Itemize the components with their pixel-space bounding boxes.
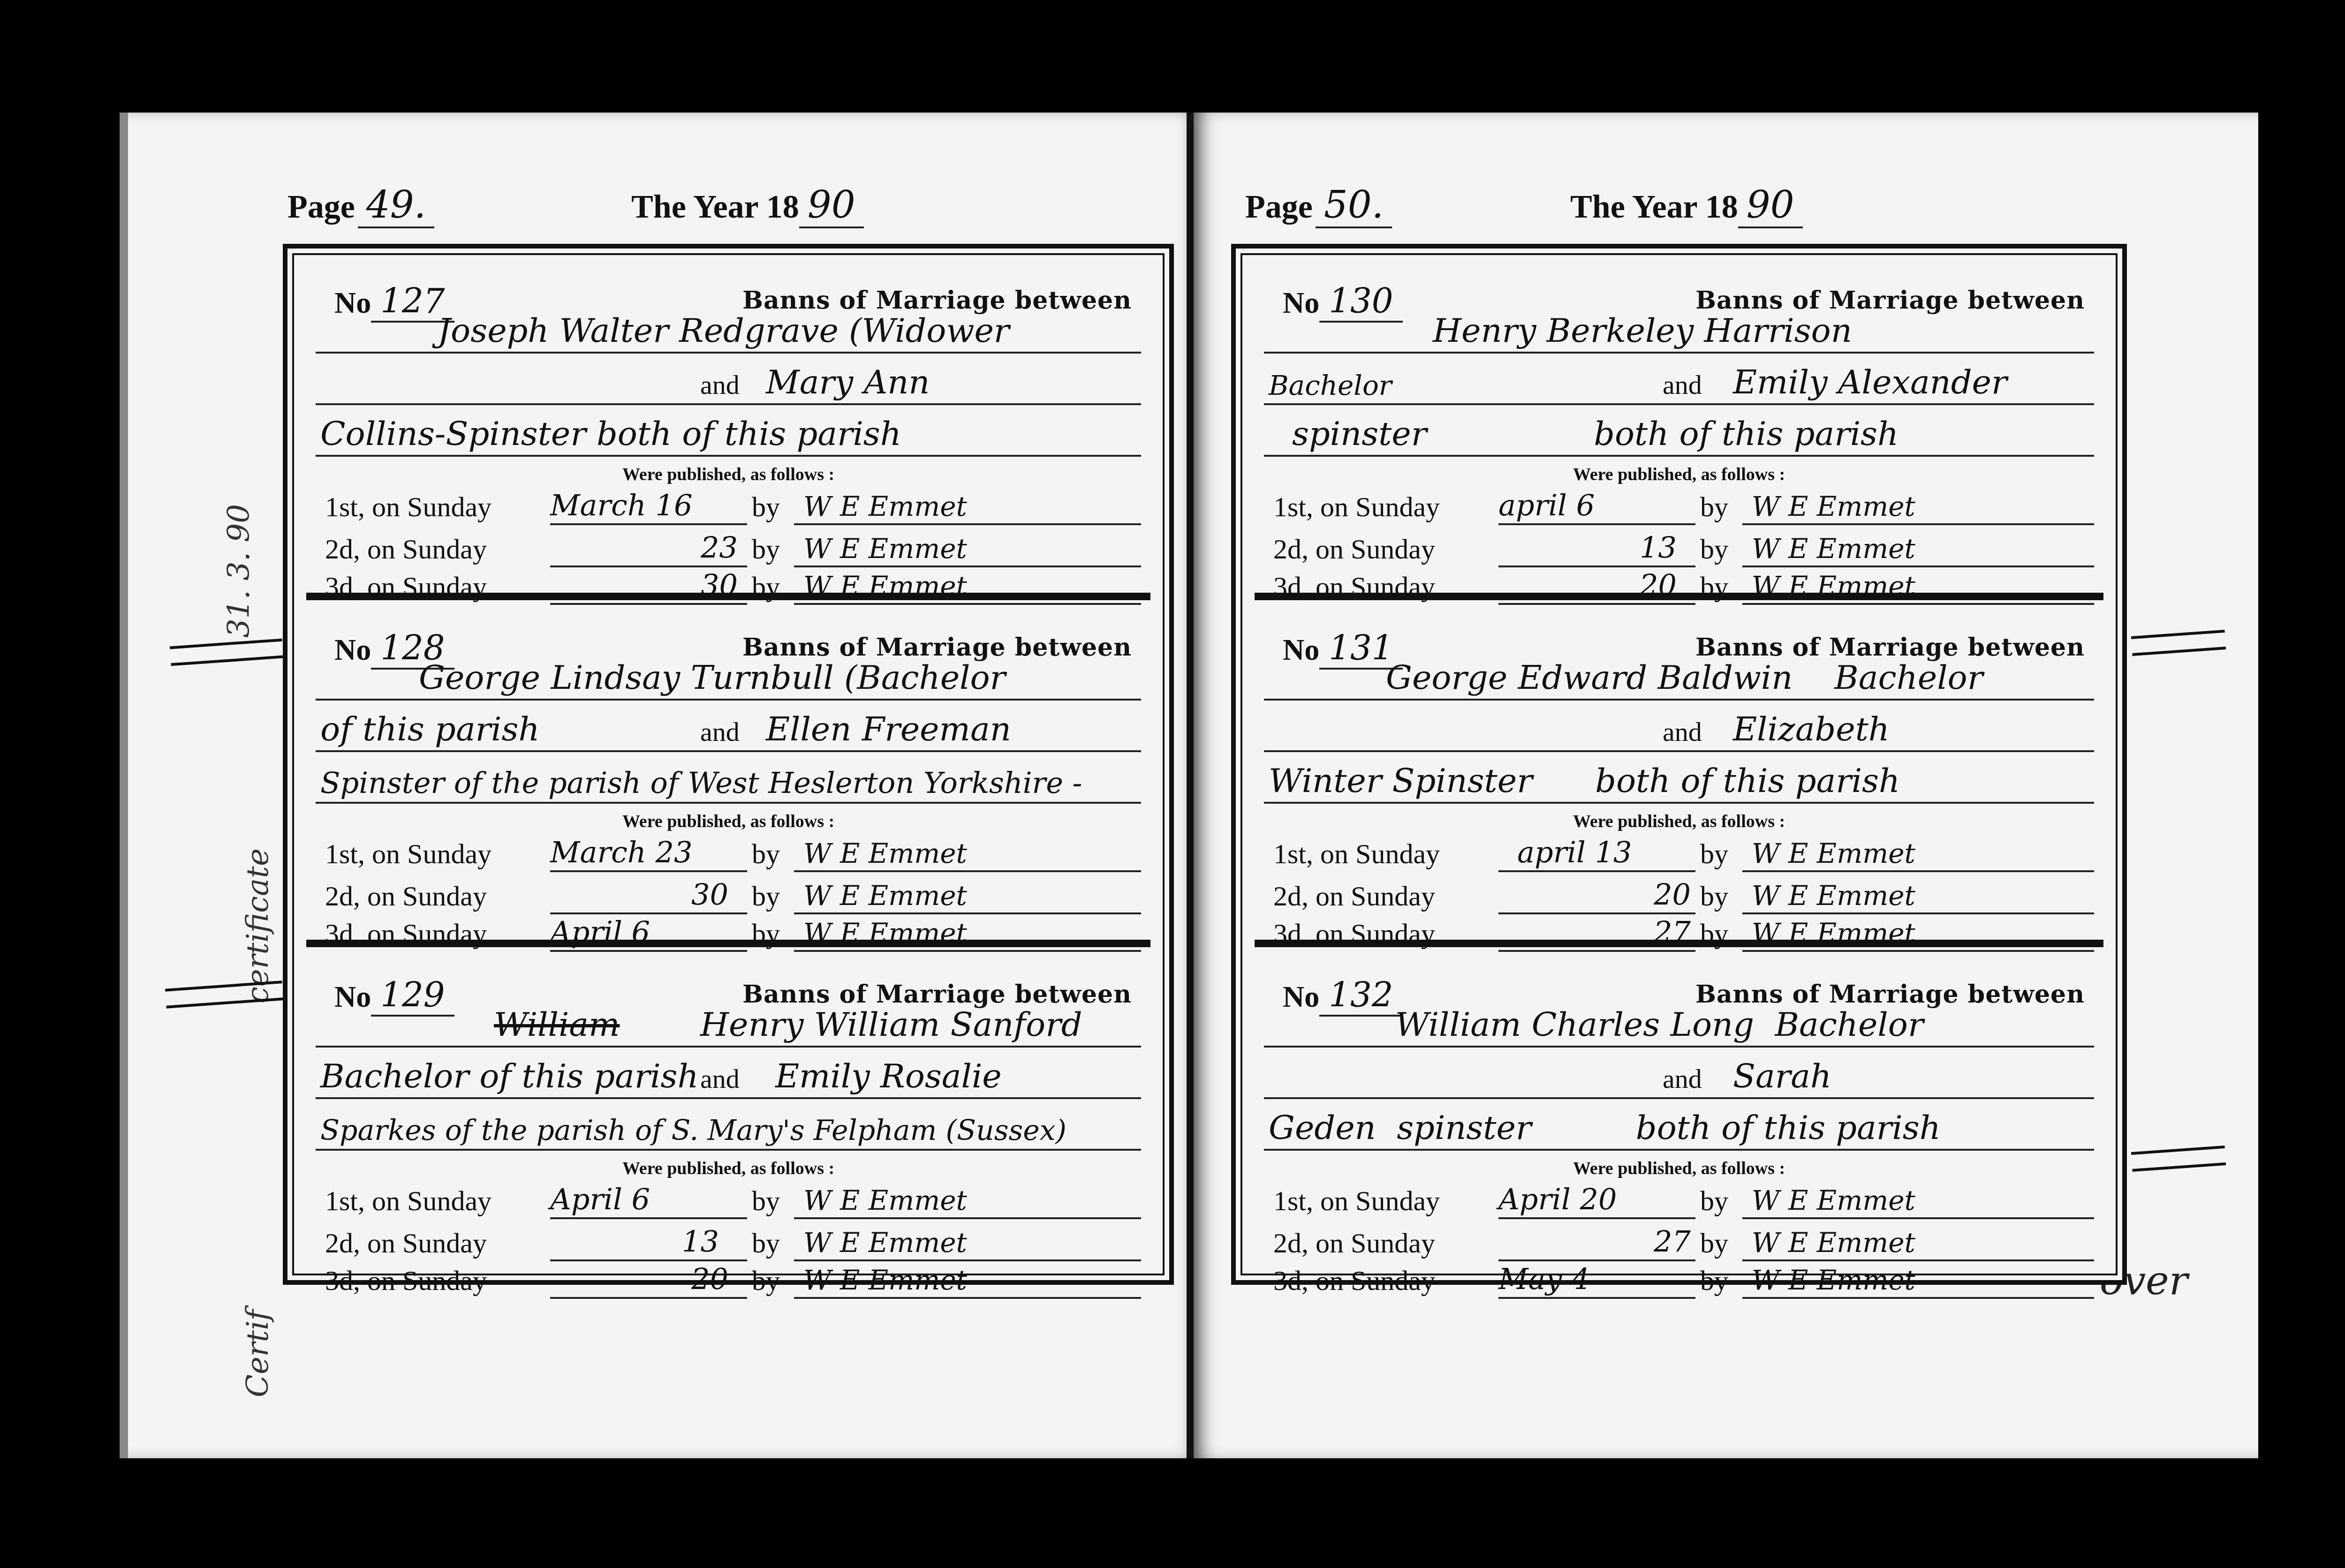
page-header: Page 50. The Year 18 90 [1245, 183, 1803, 228]
publication-row-1: 1st, on SundayApril 20byW E Emmet [1273, 1177, 2094, 1219]
page-header: Page 49. The Year 18 90 [287, 183, 864, 228]
publication-row-1: 1st, on SundayApril 6byW E Emmet [325, 1177, 1141, 1219]
entries-frame-left: No127 Banns of Marriage between Joseph W… [283, 244, 1174, 1285]
publication-row-1: 1st, on Sundayapril 13byW E Emmet [1273, 830, 2094, 872]
banns-entry: No131 Banns of Marriage between George E… [1255, 605, 2103, 942]
entry-separator [306, 593, 1150, 600]
margin-rule [170, 639, 283, 666]
party-line-1: William Charles Long Bachelor [1264, 994, 2094, 1048]
page-label: Page [1245, 188, 1313, 226]
publication-row-2: 2d, on Sunday20byW E Emmet [1273, 872, 2094, 914]
publication-row-2: 2d, on Sunday13byW E Emmet [1273, 525, 2094, 567]
publication-row-2: 2d, on Sunday27byW E Emmet [1273, 1219, 2094, 1261]
margin-rule [2131, 1146, 2226, 1172]
published-label: Were published, as follows : [306, 811, 1150, 832]
party-line-3: Collins-Spinster both of this parish [316, 403, 1141, 457]
party-line-1: WilliamHenry William Sanford [316, 994, 1141, 1048]
margin-note-certificate: certificate [241, 848, 275, 1003]
page-number: 49. [358, 183, 434, 228]
party-line-2: andElizabeth [1264, 699, 2094, 752]
year-value: 90 [799, 183, 864, 228]
party-line-3: Winter Spinster both of this parish [1264, 750, 2094, 804]
page-49: Page 49. The Year 18 90 31. 3. 90 certif… [120, 113, 1202, 1458]
publication-row-2: 2d, on Sunday13byW E Emmet [325, 1219, 1141, 1261]
party-line-3: Spinster of the parish of West Heslerton… [316, 750, 1141, 804]
banns-entry: No129 Banns of Marriage between WilliamH… [306, 952, 1150, 1289]
entry-separator [1255, 593, 2103, 600]
published-label: Were published, as follows : [306, 1158, 1150, 1179]
year-label: The Year 18 [1570, 188, 1738, 226]
party-line-3: Sparkes of the parish of S. Mary's Felph… [316, 1097, 1141, 1151]
entries-frame-right: No130 Banns of Marriage between Henry Be… [1231, 244, 2127, 1285]
entry-separator [306, 940, 1150, 947]
publication-row-1: 1st, on SundayMarch 16byW E Emmet [325, 483, 1141, 525]
party-line-1: George Lindsay Turnbull (Bachelor [316, 647, 1141, 701]
publication-row-3: 3d, on Sunday20byW E Emmet [325, 1257, 1141, 1299]
margin-rule [165, 980, 283, 1008]
banns-entry: No130 Banns of Marriage between Henry Be… [1255, 258, 2103, 596]
party-line-2: of this parishandEllen Freeman [316, 699, 1141, 752]
party-line-2: Bachelor of this parishandEmily Rosalie [316, 1046, 1141, 1099]
party-line-2: BachelorandEmily Alexander [1264, 352, 2094, 405]
struck-name: William [494, 1005, 620, 1044]
publication-row-2: 2d, on Sunday23byW E Emmet [325, 525, 1141, 567]
margin-note-certif: Certif [241, 1310, 275, 1397]
party-line-2: andSarah [1264, 1046, 2094, 1099]
banns-entry: No128 Banns of Marriage between George L… [306, 605, 1150, 942]
page-label: Page [287, 188, 355, 226]
published-label: Were published, as follows : [306, 464, 1150, 485]
publication-row-1: 1st, on SundayMarch 23byW E Emmet [325, 830, 1141, 872]
page-50: Page 50. The Year 18 90 over No130 Banns… [1194, 113, 2258, 1458]
publication-row-2: 2d, on Sunday30byW E Emmet [325, 872, 1141, 914]
published-label: Were published, as follows : [1255, 464, 2103, 485]
party-line-3: spinster both of this parish [1264, 403, 2094, 457]
year-value: 90 [1738, 183, 1803, 228]
party-line-1: George Edward Baldwin Bachelor [1264, 647, 2094, 701]
margin-rule [2131, 630, 2226, 656]
banns-entry: No132 Banns of Marriage between William … [1255, 952, 2103, 1289]
page-number: 50. [1316, 183, 1392, 228]
banns-entry: No127 Banns of Marriage between Joseph W… [306, 258, 1150, 596]
party-line-1: Joseph Walter Redgrave (Widower [316, 300, 1141, 354]
year-label: The Year 18 [631, 188, 799, 226]
publication-row-1: 1st, on Sundayapril 6byW E Emmet [1273, 483, 2094, 525]
margin-note-date: 31. 3. 90 [222, 504, 257, 638]
published-label: Were published, as follows : [1255, 1158, 2103, 1179]
register-book: Page 49. The Year 18 90 31. 3. 90 certif… [120, 113, 2258, 1458]
publication-row-3: 3d, on SundayMay 4byW E Emmet [1273, 1257, 2094, 1299]
party-line-1: Henry Berkeley Harrison [1264, 300, 2094, 354]
party-line-2: andMary Ann [316, 352, 1141, 405]
party-line-3: Geden spinster both of this parish [1264, 1097, 2094, 1151]
published-label: Were published, as follows : [1255, 811, 2103, 832]
entry-separator [1255, 940, 2103, 947]
